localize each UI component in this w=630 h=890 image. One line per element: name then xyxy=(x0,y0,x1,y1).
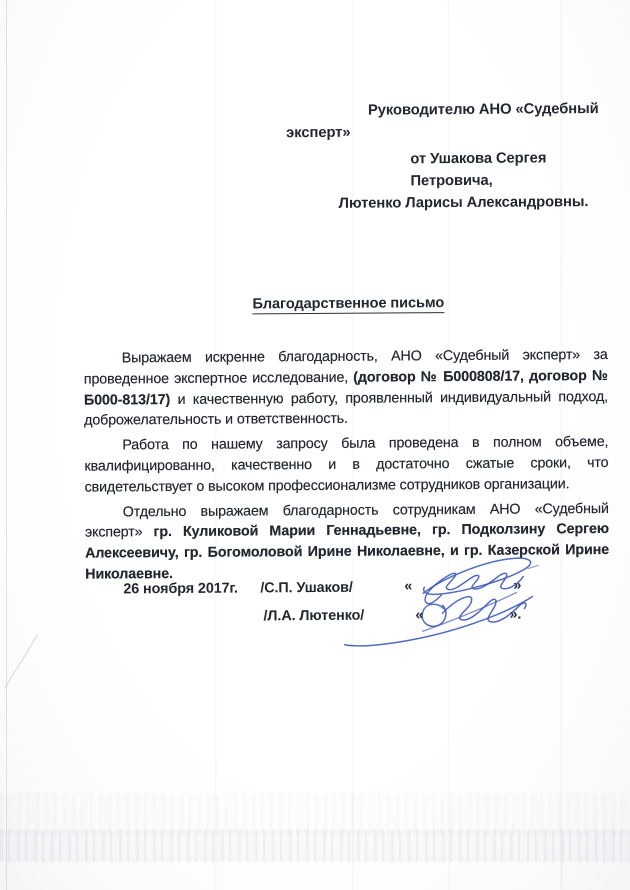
paragraph-3: Отдельно выражаем благодарность сотрудни… xyxy=(85,499,610,586)
quote-close-2: ». xyxy=(509,607,521,623)
letter-body: Выражаем искренне благодарность, АНО «Су… xyxy=(84,345,610,589)
letter-date: 26 ноября 2017г. xyxy=(123,581,238,598)
paragraph-1: Выражаем искренне благодарность, АНО «Су… xyxy=(84,345,609,432)
addressee-line: от Ушакова Сергея Петровича, xyxy=(286,147,608,194)
paragraph-3-staff-names: гр. Куликовой Марии Геннадьевне, гр. Под… xyxy=(85,521,609,582)
quote-open-2: « xyxy=(415,607,423,623)
scanned-letter-page: Руководителю АНО «Судебный эксперт» от У… xyxy=(0,0,630,890)
addressee-line: Лютенко Ларисы Александровны. xyxy=(287,191,609,216)
signatory-ushakov: /С.П. Ушаков/ xyxy=(260,580,353,597)
paragraph-2-text: Работа по нашему запросу была проведена … xyxy=(84,434,608,495)
letter-title: Благодарственное письмо xyxy=(87,294,609,314)
addressee-block: Руководителю АНО «Судебный эксперт» от У… xyxy=(286,98,609,216)
addressee-line: Руководителю АНО «Судебный xyxy=(286,98,608,123)
letter-title-text: Благодарственное письмо xyxy=(252,295,444,314)
paragraph-2: Работа по нашему запросу была проведена … xyxy=(84,432,608,498)
addressee-line: эксперт» xyxy=(286,120,608,145)
quote-open-1: « xyxy=(404,578,412,594)
letter-content: Руководителю АНО «Судебный эксперт» от У… xyxy=(0,0,630,890)
signatory-lyutenko: /Л.А. Лютенко/ xyxy=(263,608,364,625)
quote-close-1: » xyxy=(513,578,521,594)
